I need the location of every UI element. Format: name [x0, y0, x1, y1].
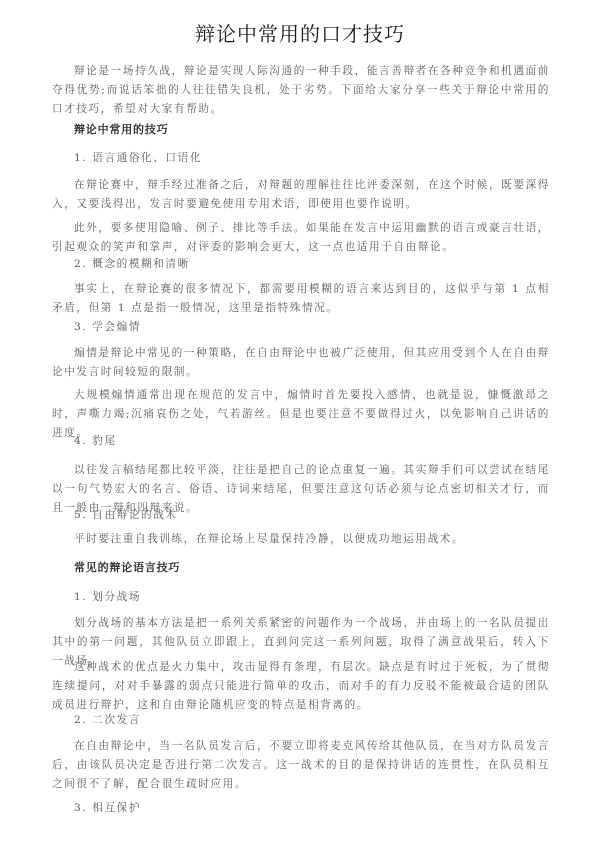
- paragraph: 此外，要多使用隐喻、例子、排比等手法。如果能在发言中运用幽默的语言或豪言壮语，引…: [52, 219, 550, 257]
- document-page: 辩论中常用的口才技巧 辩论是一场持久战，辩论是实现人际沟通的一种手段，能言善辩者…: [0, 0, 600, 849]
- subheading: 1. 划分战场: [74, 589, 141, 605]
- paragraph: 事实上，在辩论赛的很多情况下，都需要用模糊的语言来达到目的，这似乎与第 1 点相…: [52, 280, 550, 318]
- document-title: 辩论中常用的口才技巧: [0, 21, 600, 47]
- subheading: 1. 语言通俗化、口语化: [74, 150, 202, 166]
- subheading: 4. 豹尾: [74, 433, 117, 449]
- paragraph: 这种战术的优点是火力集中，攻击显得有条理，有层次。缺点是有时过于死板，为了贯彻连…: [52, 658, 550, 715]
- paragraph: 大规模煽情通常出现在规范的发言中，煽情时首先要投入感情，也就是说，慷慨激昂之时，…: [52, 386, 550, 443]
- intro-paragraph: 辩论是一场持久战，辩论是实现人际沟通的一种手段，能言善辩者在各种竞争和机遇面前夺…: [52, 62, 550, 119]
- paragraph: 在自由辩论中，当一名队员发言后，不要立即将麦克风传给其他队员，在当对方队员发言后…: [52, 737, 550, 794]
- paragraph: 平时要注重自我训练，在辩论场上尽量保持冷静，以便成功地运用战术。: [52, 530, 550, 549]
- subheading: 3. 学会煽情: [74, 319, 141, 335]
- section-heading: 常见的辩论语言技巧: [74, 560, 180, 576]
- section-heading: 辩论中常用的技巧: [74, 122, 168, 138]
- paragraph: 煽情是辩论中常见的一种策略，在自由辩论中也被广泛使用，但其应用受到个人在自由辩论…: [52, 344, 550, 382]
- subheading: 2. 概念的模糊和清晰: [74, 256, 190, 272]
- subheading: 3. 相互保护: [74, 800, 141, 816]
- subheading: 5. 自由辩论的战术: [74, 507, 178, 523]
- paragraph: 在辩论赛中，辩手经过准备之后，对辩题的理解往往比评委深刻，在这个时候，既要深得入…: [52, 176, 550, 214]
- subheading: 2. 二次发言: [74, 712, 141, 728]
